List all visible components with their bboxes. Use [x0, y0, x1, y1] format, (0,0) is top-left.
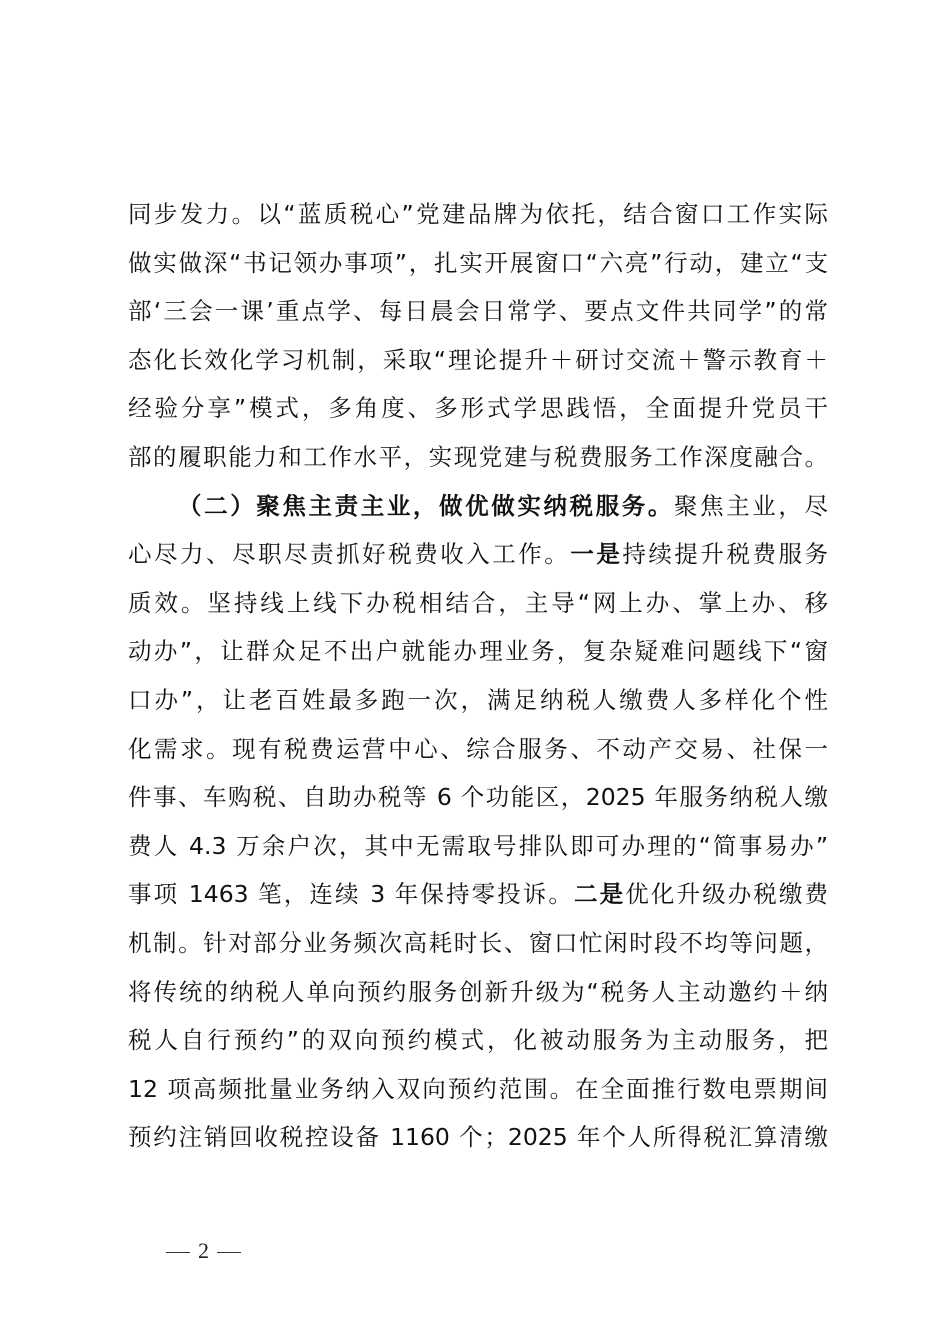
- text-line: 预约注销回收税控设备 1160 个；2025 年个人所得税汇算清缴: [128, 1113, 828, 1162]
- text-segment: 部的履职能力和工作水平，实现党建与税费服务工作深度融合。: [128, 443, 828, 471]
- text-segment: 做实做深“书记领办事项”，扎实开展窗口“六亮”行动，建立“支: [128, 249, 828, 277]
- text-segment: 心尽力、尽职尽责抓好税费收入工作。: [128, 540, 570, 568]
- text-segment: 聚焦主业，尽: [674, 492, 828, 520]
- text-segment: 税人自行预约”的双向预约模式，化被动服务为主动服务，把: [128, 1026, 828, 1054]
- text-line: 口办”，让老百姓最多跑一次，满足纳税人缴费人多样化个性: [128, 676, 828, 725]
- text-segment: 将传统的纳税人单向预约服务创新升级为“税务人主动邀约＋纳: [128, 978, 828, 1006]
- text-line: 同步发力。以“蓝质税心”党建品牌为依托，结合窗口工作实际: [128, 190, 828, 239]
- text-segment: 质效。坚持线上线下办税相结合，主导“网上办、掌上办、移: [128, 589, 828, 617]
- text-segment: 部‘三会一课’重点学、每日晨会日常学、要点文件共同学”的常: [128, 297, 828, 325]
- text-line: 化需求。现有税费运营中心、综合服务、不动产交易、社保一: [128, 725, 828, 774]
- bold-text-segment: 一是: [570, 540, 622, 568]
- text-segment: 件事、车购税、自助办税等 6 个功能区，2025 年服务纳税人缴: [128, 783, 828, 811]
- text-segment: 12 项高频批量业务纳入双向预约范围。在全面推行数电票期间: [128, 1075, 828, 1103]
- text-line: 经验分享”模式，多角度、多形式学思践悟，全面提升党员干: [128, 384, 828, 433]
- text-segment: 经验分享”模式，多角度、多形式学思践悟，全面提升党员干: [128, 394, 828, 422]
- text-segment: 优化升级办税缴费: [625, 880, 828, 908]
- text-line: 部的履职能力和工作水平，实现党建与税费服务工作深度融合。: [128, 433, 828, 482]
- text-segment: 同步发力。以“蓝质税心”党建品牌为依托，结合窗口工作实际: [128, 200, 828, 228]
- page-number: 2: [198, 1238, 209, 1263]
- document-body: 同步发力。以“蓝质税心”党建品牌为依托，结合窗口工作实际做实做深“书记领办事项”…: [128, 190, 828, 1162]
- footer-dash-left: [166, 1252, 190, 1253]
- document-page: 同步发力。以“蓝质税心”党建品牌为依托，结合窗口工作实际做实做深“书记领办事项”…: [0, 0, 950, 1344]
- text-line: 部‘三会一课’重点学、每日晨会日常学、要点文件共同学”的常: [128, 287, 828, 336]
- text-segment: 事项 1463 笔，连续 3 年保持零投诉。: [128, 880, 574, 908]
- text-line: （二）聚焦主责主业，做优做实纳税服务。聚焦主业，尽: [128, 482, 828, 531]
- text-line: 做实做深“书记领办事项”，扎实开展窗口“六亮”行动，建立“支: [128, 239, 828, 288]
- text-line: 件事、车购税、自助办税等 6 个功能区，2025 年服务纳税人缴: [128, 773, 828, 822]
- text-segment: 化需求。现有税费运营中心、综合服务、不动产交易、社保一: [128, 735, 828, 763]
- text-line: 质效。坚持线上线下办税相结合，主导“网上办、掌上办、移: [128, 579, 828, 628]
- footer-dash-right: [217, 1252, 241, 1253]
- text-line: 态化长效化学习机制，采取“理论提升＋研讨交流＋警示教育＋: [128, 336, 828, 385]
- text-segment: 费人 4.3 万余户次，其中无需取号排队即可办理的“简事易办”: [128, 832, 828, 860]
- text-line: 12 项高频批量业务纳入双向预约范围。在全面推行数电票期间: [128, 1065, 828, 1114]
- bold-text-segment: （二）聚焦主责主业，做优做实纳税服务。: [178, 492, 674, 520]
- text-segment: 预约注销回收税控设备 1160 个；2025 年个人所得税汇算清缴: [128, 1123, 828, 1151]
- text-segment: 动办”，让群众足不出户就能办理业务，复杂疑难问题线下“窗: [128, 637, 828, 665]
- text-line: 心尽力、尽职尽责抓好税费收入工作。一是持续提升税费服务: [128, 530, 828, 579]
- text-line: 费人 4.3 万余户次，其中无需取号排队即可办理的“简事易办”: [128, 822, 828, 871]
- page-footer: 2: [158, 1238, 249, 1264]
- text-line: 事项 1463 笔，连续 3 年保持零投诉。二是优化升级办税缴费: [128, 870, 828, 919]
- text-segment: 口办”，让老百姓最多跑一次，满足纳税人缴费人多样化个性: [128, 686, 828, 714]
- text-segment: 态化长效化学习机制，采取“理论提升＋研讨交流＋警示教育＋: [128, 346, 828, 374]
- text-line: 动办”，让群众足不出户就能办理业务，复杂疑难问题线下“窗: [128, 627, 828, 676]
- text-line: 税人自行预约”的双向预约模式，化被动服务为主动服务，把: [128, 1016, 828, 1065]
- text-segment: 机制。针对部分业务频次高耗时长、窗口忙闲时段不均等问题，: [128, 929, 828, 957]
- text-line: 机制。针对部分业务频次高耗时长、窗口忙闲时段不均等问题，: [128, 919, 828, 968]
- text-line: 将传统的纳税人单向预约服务创新升级为“税务人主动邀约＋纳: [128, 968, 828, 1017]
- text-segment: 持续提升税费服务: [622, 540, 828, 568]
- bold-text-segment: 二是: [574, 880, 625, 908]
